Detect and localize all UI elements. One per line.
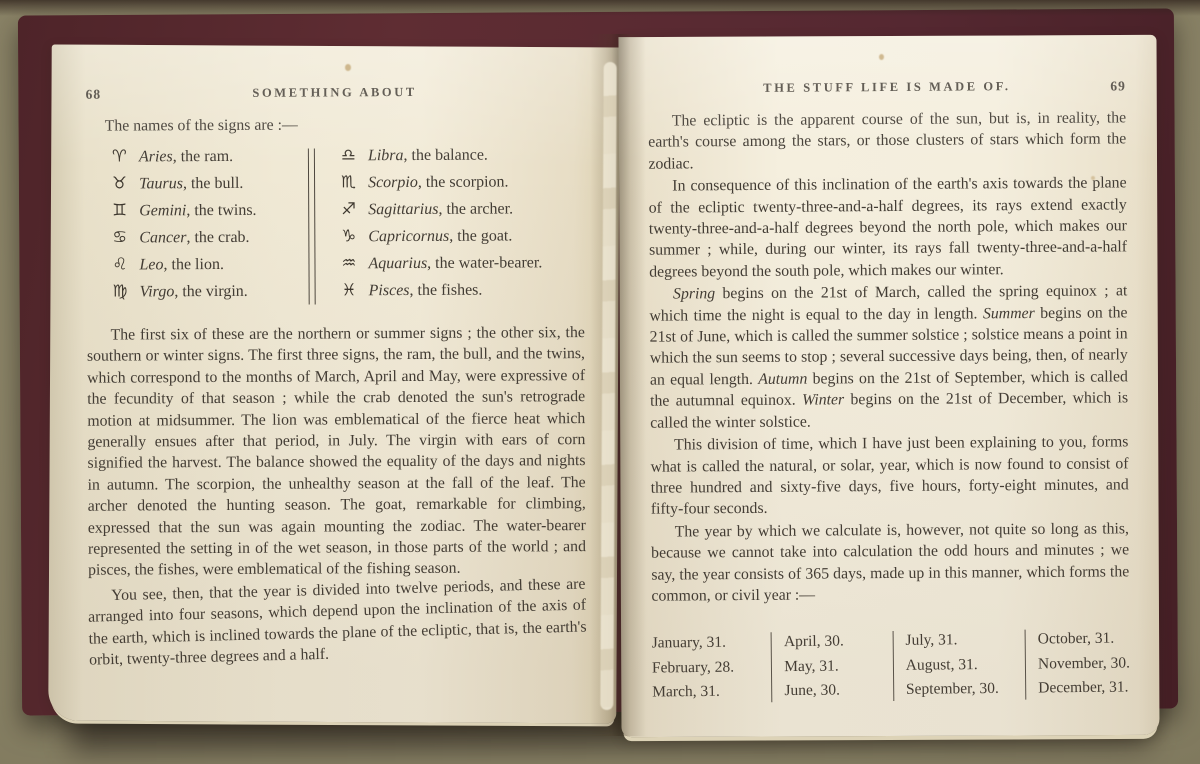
photo-background: 68 SOMETHING ABOUT The names of the sign…	[0, 0, 1200, 764]
sign-row: ♌ Leo, the lion.	[112, 254, 308, 282]
foxing-spot	[879, 54, 884, 60]
sign-row: ♎ Libra, the balance.	[341, 144, 584, 172]
zodiac-symbol-icon: ♊	[112, 200, 139, 219]
sign-row: ♈ Aries, the ram.	[112, 146, 308, 174]
zodiac-symbol-icon: ♏	[341, 172, 368, 191]
right-page-header: THE STUFF LIFE IS MADE OF. 69	[648, 78, 1126, 96]
sign-row: ♐ Sagittarius, the archer.	[341, 198, 584, 226]
sign-row: ♒ Aquarius, the water-bearer.	[341, 252, 584, 280]
right-running-head: THE STUFF LIFE IS MADE OF.	[763, 79, 1010, 95]
page-left: 68 SOMETHING ABOUT The names of the sign…	[48, 45, 620, 724]
month-entry: November, 30.	[1038, 651, 1130, 676]
month-entry: June, 30.	[784, 678, 893, 704]
sign-row: ♍ Virgo, the virgin.	[113, 281, 309, 309]
sign-row: ♉ Taurus, the bull.	[112, 173, 308, 201]
right-paragraph-1: The ecliptic is the apparent course of t…	[648, 107, 1126, 175]
right-paragraph-2: In consequence of this inclination of th…	[649, 173, 1128, 283]
left-running-head: SOMETHING ABOUT	[252, 85, 416, 100]
left-paragraph-1: The first six of these are the northern …	[87, 322, 586, 581]
page-right: THE STUFF LIFE IS MADE OF. 69 The eclipt…	[618, 35, 1159, 737]
sign-label: Leo, the lion.	[139, 256, 224, 274]
sign-label: Taurus, the bull.	[139, 175, 243, 194]
sign-label: Virgo, the virgin.	[140, 283, 248, 302]
right-paragraph-3: Spring begins on the 21st of March, call…	[649, 281, 1128, 434]
month-entry: March, 31.	[652, 680, 771, 706]
sign-label: Libra, the balance.	[368, 147, 488, 166]
signs-column-2: ♎ Libra, the balance. ♏ Scorpio, the sco…	[315, 144, 585, 307]
left-page-number: 68	[86, 87, 102, 103]
zodiac-symbol-icon: ♑	[341, 226, 368, 245]
sign-label: Pisces, the fishes.	[369, 282, 483, 301]
sign-row: ♓ Pisces, the fishes.	[342, 279, 585, 307]
month-entry: September, 30.	[906, 677, 1025, 703]
foxing-spot	[1091, 176, 1095, 180]
zodiac-symbol-icon: ♐	[341, 199, 368, 218]
months-column-1: January, 31.February, 28.March, 31.	[652, 631, 772, 706]
sign-label: Sagittarius, the archer.	[368, 200, 513, 219]
right-paragraph-4: This division of time, which I have just…	[650, 431, 1129, 520]
month-entry: August, 31.	[906, 652, 1025, 678]
sign-label: Capricornus, the goat.	[368, 227, 512, 246]
month-entry: October, 31.	[1038, 627, 1130, 652]
right-paragraph-5: The year by which we calculate is, howev…	[651, 518, 1130, 607]
left-paragraph-2: You see, then, that the year is divided …	[87, 573, 587, 671]
months-column-4: October, 31.November, 30.December, 31.	[1026, 627, 1131, 702]
months-column-2: April, 30.May, 31.June, 30.	[772, 629, 893, 704]
zodiac-signs-table: ♈ Aries, the ram. ♉ Taurus, the bull. ♊ …	[86, 144, 585, 309]
left-page-header: 68 SOMETHING ABOUT	[86, 84, 584, 102]
civil-year-months-table: January, 31.February, 28.March, 31. Apri…	[652, 627, 1131, 706]
sign-label: Cancer, the crab.	[139, 229, 249, 248]
sign-row: ♏ Scorpio, the scorpion.	[341, 171, 584, 199]
zodiac-symbol-icon: ♓	[342, 280, 369, 299]
zodiac-symbol-icon: ♌	[112, 254, 139, 273]
month-entry: May, 31.	[784, 654, 893, 680]
sign-label: Scorpio, the scorpion.	[368, 173, 509, 192]
month-entry: December, 31.	[1038, 676, 1130, 701]
signs-intro-line: The names of the signs are :—	[86, 113, 584, 137]
zodiac-symbol-icon: ♎	[341, 145, 368, 164]
right-page-number: 69	[1110, 78, 1126, 94]
sign-row: ♑ Capricornus, the goat.	[341, 225, 584, 253]
zodiac-symbol-icon: ♈	[112, 146, 139, 165]
zodiac-symbol-icon: ♉	[112, 173, 139, 192]
signs-column-1: ♈ Aries, the ram. ♉ Taurus, the bull. ♊ …	[112, 146, 309, 309]
zodiac-symbol-icon: ♒	[341, 253, 368, 272]
month-entry: January, 31.	[652, 631, 771, 657]
zodiac-symbol-icon: ♋	[112, 227, 139, 246]
sign-label: Aquarius, the water-bearer.	[368, 254, 542, 273]
month-entry: July, 31.	[905, 628, 1024, 654]
zodiac-symbol-icon: ♍	[113, 281, 140, 300]
month-entry: February, 28.	[652, 655, 771, 681]
sign-row: ♋ Cancer, the crab.	[112, 227, 308, 255]
sign-row: ♊ Gemini, the twins.	[112, 200, 308, 228]
sign-label: Aries, the ram.	[139, 148, 233, 166]
month-entry: April, 30.	[784, 629, 893, 655]
months-column-3: July, 31.August, 31.September, 30.	[893, 628, 1025, 703]
foxing-spot	[345, 64, 351, 71]
sign-label: Gemini, the twins.	[139, 202, 256, 221]
